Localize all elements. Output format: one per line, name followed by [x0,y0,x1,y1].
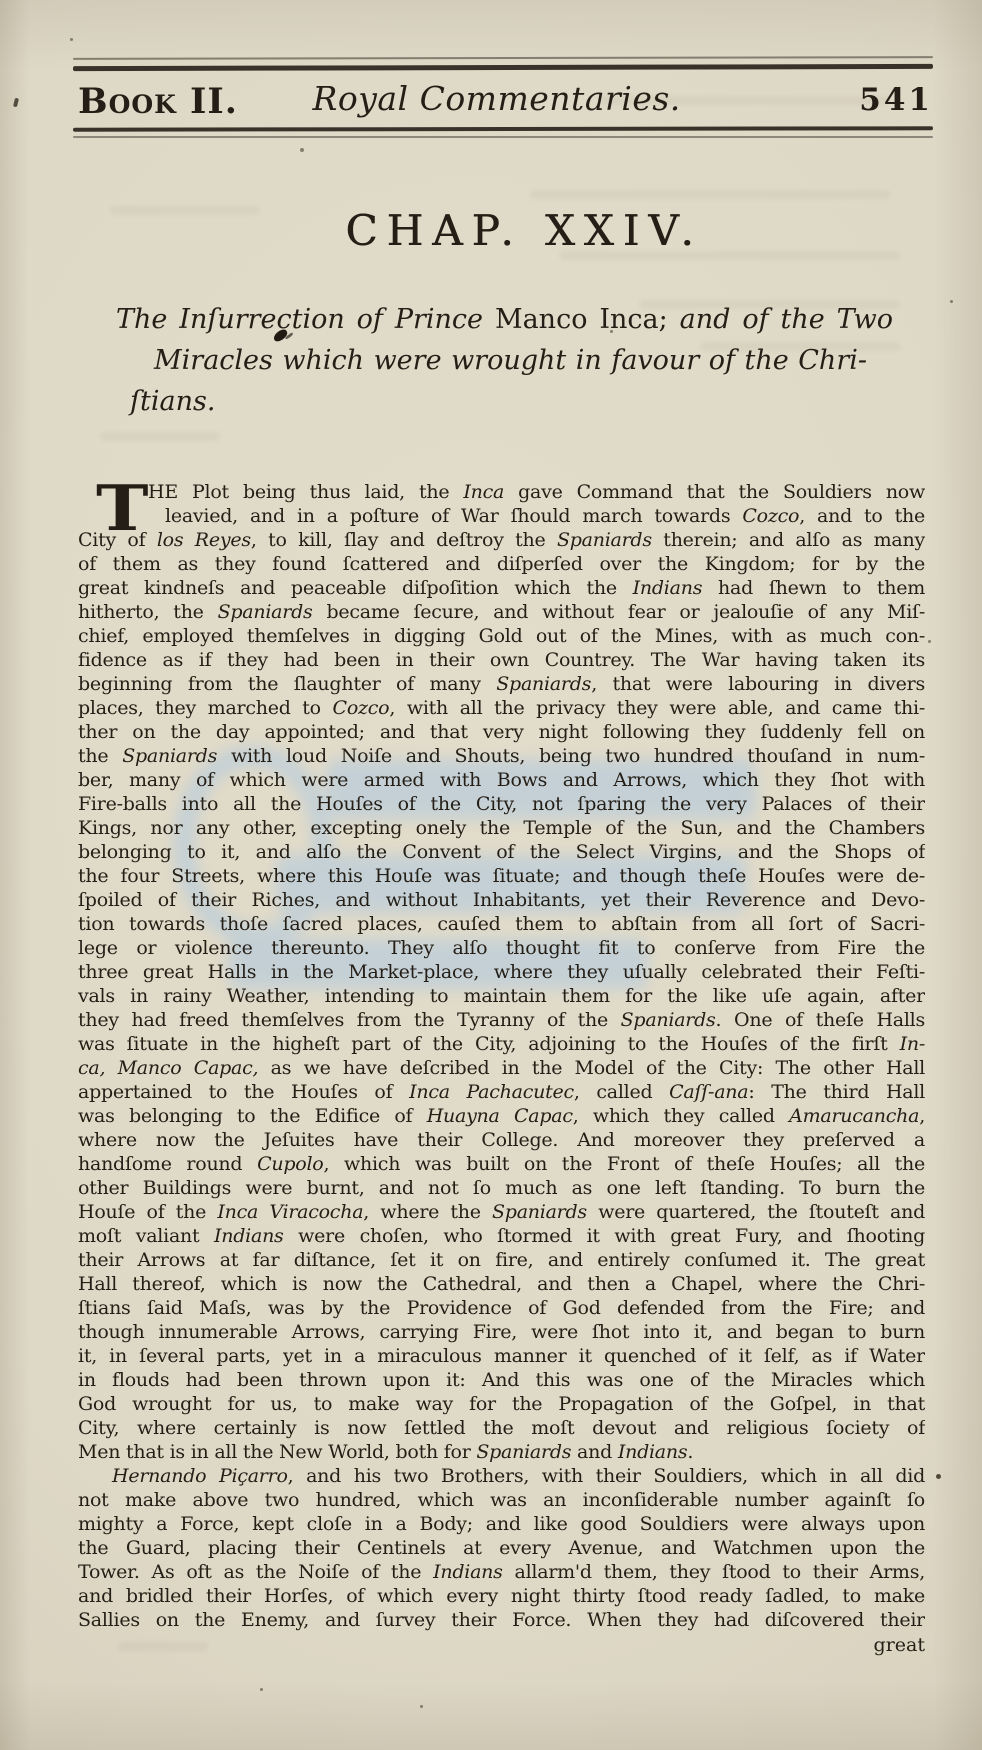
text-segment: Houſe of the [78,1201,217,1223]
text-line: other Buildings were burnt, and not ſo m… [78,1176,925,1200]
text-segment: , to kill, ſlay and deſtroy the [251,529,557,551]
text-segment: , [919,1105,925,1127]
text-segment: ther on the day appointed; and that very… [78,721,925,743]
text-segment: where now the Jeſuites have their Colleg… [78,1129,925,1151]
text-segment: the four Streets, where this Houſe was ſ… [78,865,925,887]
text-segment: Spaniards [492,1201,587,1223]
text-line: and bridled their Horſes, of which every… [78,1584,925,1608]
text-line: City, where certainly is now ſettled the… [78,1416,925,1440]
text-line: not make above two hundred, which was an… [78,1488,925,1512]
text-segment: allarm'd them, they ſtood to their Arms, [503,1561,925,1583]
text-segment: los Reyes [157,529,251,551]
text-line: ca, Manco Capac, as we have deſcribed in… [78,1056,925,1080]
book-label: Book II. [78,81,238,122]
text-segment: : The third Hall [748,1081,925,1103]
text-segment: chief, employed themſelves in digging Go… [78,625,925,647]
header-rule-thin-top [73,56,933,60]
text-segment: Sallies on the Enemy, and ſurvey their F… [78,1609,925,1631]
text-line: Sallies on the Enemy, and ſurvey their F… [78,1608,925,1632]
text-segment: Spaniards [496,673,591,695]
text-line: Hall thereof, which is now the Cathedral… [78,1272,925,1296]
text-segment: HE Plot being thus laid, the [148,481,463,503]
paper-speck [300,148,304,152]
text-line: vals in rainy Weather, intending to main… [78,984,925,1008]
text-segment: fidence as if they had been in their own… [78,649,925,671]
text-segment: Cozco [742,505,799,527]
paper-speck [260,1688,263,1691]
paper-speck [950,300,953,303]
text-segment: they had freed themſelves from the Tyran… [78,1009,621,1031]
text-line: The Inſurrection of Prince Manco Inca; a… [78,299,925,340]
paper-speck [610,330,613,333]
text-segment: Hernando Piçarro [112,1465,288,1487]
text-line: belonging to it, and alſo the Convent of… [78,840,925,864]
paper-speck [936,1474,941,1479]
text-segment: In- [900,1033,925,1055]
text-segment: moſt valiant [78,1225,214,1247]
text-line: Fire-balls into all the Houſes of the Ci… [78,792,925,816]
show-through-line [530,190,890,199]
text-line: ber, many of which were armed with Bows … [78,768,925,792]
paper-speck [420,1705,423,1708]
text-segment: City, where certainly is now ſettled the… [78,1417,925,1439]
text-segment: therein; and alſo as many [652,529,925,551]
running-head: Book II. Royal Commentaries. 541 [75,79,933,125]
text-line: Hernando Piçarro, and his two Brothers, … [78,1464,925,1488]
text-segment: handſome round [78,1153,257,1175]
text-line: handſome round Cupolo, which was built o… [78,1152,925,1176]
text-segment: appertained to the Houſes of [78,1081,409,1103]
text-segment: with loud Noiſe and Shouts, being two hu… [217,745,925,767]
paper-speck [70,38,73,41]
text-segment: leavied, and in a poſture of War ſhould … [165,505,742,527]
text-line: they had freed themſelves from the Tyran… [78,1008,925,1032]
text-segment: , with all the privacy they were able, a… [389,697,925,719]
text-segment: Spaniards [557,529,652,551]
show-through-line [100,432,220,441]
text-segment: Amarucancha [789,1105,919,1127]
text-segment: lege or violence thereunto. They alſo th… [78,937,925,959]
text-segment: Tower. As oft as the Noiſe of the [78,1561,433,1583]
text-segment: Inca Viracocha [217,1201,363,1223]
text-segment: Spaniards [122,745,217,767]
text-segment: were choſen, who ſtormed it with great F… [284,1225,925,1247]
text-line: ther on the day appointed; and that very… [78,720,925,744]
text-segment: Miracles which were wrought in favour of… [154,345,867,376]
text-line: ſtians ſaid Maſs, was by the Providence … [78,1296,925,1320]
text-segment: it, in ſeveral parts, yet in a miraculou… [78,1345,925,1367]
text-segment: Cupolo [257,1153,323,1175]
text-line: lege or violence thereunto. They alſo th… [78,936,925,960]
book-page-scan: Book II. Royal Commentaries. 541 CHAP. X… [0,0,982,1750]
text-line: chief, employed themſelves in digging Go… [78,624,925,648]
text-line: fidence as if they had been in their own… [78,648,925,672]
drop-cap: T [96,477,148,540]
text-segment: were quartered, the ſtouteſt and [587,1201,925,1223]
text-segment: belonging to it, and alſo the Convent of… [78,841,925,863]
body-text: THE Plot being thus laid, the Inca gave … [78,480,925,1632]
text-segment: tion towards thoſe ſacred places, cauſed… [78,913,925,935]
text-segment: Fire-balls into all the Houſes of the Ci… [78,793,925,815]
text-line: God wrought for us, to make way for the … [78,1392,925,1416]
text-segment: as we have deſcribed in the Model of the… [258,1057,925,1079]
text-segment: great kindneſs and peaceable diſpoſition… [78,577,633,599]
paragraph: THE Plot being thus laid, the Inca gave … [78,480,925,1464]
text-segment: ber, many of which were armed with Bows … [78,769,925,791]
text-line: Houſe of the Inca Viracocha, where the S… [78,1200,925,1224]
text-segment: Caſſ-ana [669,1081,748,1103]
text-line: three great Halls in the Market-place, w… [78,960,925,984]
text-line: mighty a Force, kept cloſe in a Body; an… [78,1512,925,1536]
text-segment: , that were labouring in divers [591,673,925,695]
text-line: ſtians. [78,381,925,422]
text-line: in flouds had been thrown upon it: And t… [78,1368,925,1392]
text-segment: Spaniards [476,1441,571,1463]
text-line: was belonging to the Edifice of Huayna C… [78,1104,925,1128]
text-segment: Hall thereof, which is now the Cathedral… [78,1273,925,1295]
text-segment: ſtians. [130,386,215,417]
text-segment: three great Halls in the Market-place, w… [78,961,925,983]
text-segment: their Arrows at far diſtance, ſet it on … [78,1249,925,1271]
text-line: where now the Jeſuites have their Colleg… [78,1128,925,1152]
text-segment: of them as they found ſcattered and diſp… [78,553,925,575]
text-segment: the Guard, placing their Centinels at ev… [78,1537,925,1559]
text-segment: , which they called [573,1105,789,1127]
text-line: it, in ſeveral parts, yet in a miraculou… [78,1344,925,1368]
text-segment: . [687,1441,693,1463]
text-segment: ſpoiled of their Riches, and without Inh… [78,889,925,911]
text-segment: and [571,1441,618,1463]
text-segment: vals in rainy Weather, intending to main… [78,985,925,1007]
header-rule-thick-bottom [73,126,933,132]
text-segment: became ſecure, and without fear or jealo… [313,601,925,623]
text-segment: Spaniards [621,1009,716,1031]
text-segment: , where the [363,1201,492,1223]
text-segment: The Inſurrection of Prince [116,304,495,335]
header-rule-thick-top [73,64,933,71]
text-segment: and bridled their Horſes, of which every… [78,1585,925,1607]
text-segment: in flouds had been thrown upon it: And t… [78,1369,925,1391]
text-line: beginning from the ſlaughter of many Spa… [78,672,925,696]
text-segment: was belonging to the Edifice of [78,1105,427,1127]
text-segment: places, they marched to [78,697,333,719]
chapter-argument: The Inſurrection of Prince Manco Inca; a… [78,299,925,422]
text-line: the four Streets, where this Houſe was ſ… [78,864,925,888]
text-line: City of los Reyes, to kill, ſlay and deſ… [78,528,925,552]
text-segment: Indians [433,1561,503,1583]
text-line: the Spaniards with loud Noiſe and Shouts… [78,744,925,768]
text-line: HE Plot being thus laid, the Inca gave C… [78,480,925,504]
text-line: of them as they found ſcattered and diſp… [78,552,925,576]
header-rule-thin-bottom [73,136,933,138]
text-segment: other Buildings were burnt, and not ſo m… [78,1177,925,1199]
text-line: hitherto, the Spaniards became ſecure, a… [78,600,925,624]
text-segment: Cozco [333,697,390,719]
margin-mark [13,98,19,108]
text-line: appertained to the Houſes of Inca Pachac… [78,1080,925,1104]
text-segment: beginning from the ſlaughter of many [78,673,496,695]
text-line: tion towards thoſe ſacred places, cauſed… [78,912,925,936]
text-segment: the [78,745,122,767]
text-segment: ca, Manco Capac, [78,1057,258,1079]
text-segment: Indians [618,1441,688,1463]
text-line: leavied, and in a poſture of War ſhould … [78,504,925,528]
text-segment: , called [574,1081,669,1103]
text-segment: Men that is in all the New World, both f… [78,1441,476,1463]
text-line: Men that is in all the New World, both f… [78,1440,925,1464]
text-segment: Manco Inca; [495,304,668,335]
text-line: Tower. As oft as the Noiſe of the Indian… [78,1560,925,1584]
text-segment: Inca [463,481,504,503]
text-segment: , and his two Brothers, with their Sould… [288,1465,925,1487]
text-line: moſt valiant Indians were choſen, who ſt… [78,1224,925,1248]
text-segment: ſtians ſaid Maſs, was by the Providence … [78,1297,925,1319]
text-segment: , which was built on the Front of theſe … [323,1153,925,1175]
text-segment: and of the Two [668,304,893,335]
text-segment: hitherto, the [78,601,218,623]
text-line: places, they marched to Cozco, with all … [78,696,925,720]
text-segment: had ſhewn to them [702,577,925,599]
text-segment: Indians [633,577,703,599]
chapter-heading: CHAP. XXIV. [0,206,982,255]
catchword: great [874,1634,925,1656]
text-line: the Guard, placing their Centinels at ev… [78,1536,925,1560]
paragraph: Hernando Piçarro, and his two Brothers, … [78,1464,925,1632]
paper-speck [928,640,931,643]
page-number: 541 [859,82,933,118]
running-title: Royal Commentaries. [312,79,680,118]
text-segment: not make above two hundred, which was an… [78,1489,925,1511]
text-segment: was ſituate in the higheſt part of the C… [78,1033,900,1055]
text-line: their Arrows at far diſtance, ſet it on … [78,1248,925,1272]
text-segment: Spaniards [218,601,313,623]
text-line: though innumerable Arrows, carrying Fire… [78,1320,925,1344]
text-segment: though innumerable Arrows, carrying Fire… [78,1321,925,1343]
text-segment: Kings, nor any other, excepting onely th… [78,817,925,839]
text-line: great kindneſs and peaceable diſpoſition… [78,576,925,600]
text-segment: gave Command that the Souldiers now [504,481,925,503]
text-line: Miracles which were wrought in favour of… [78,340,925,381]
text-line: Kings, nor any other, excepting onely th… [78,816,925,840]
text-segment: , and to the [799,505,925,527]
show-through-line [118,1642,208,1651]
text-segment: Huayna Capac [427,1105,573,1127]
text-segment: Inca Pachacutec [409,1081,574,1103]
text-segment: God wrought for us, to make way for the … [78,1393,925,1415]
text-line: ſpoiled of their Riches, and without Inh… [78,888,925,912]
text-line: was ſituate in the higheſt part of the C… [78,1032,925,1056]
text-segment: Indians [214,1225,284,1247]
text-segment: mighty a Force, kept cloſe in a Body; an… [78,1513,925,1535]
text-segment: . One of theſe Halls [716,1009,925,1031]
